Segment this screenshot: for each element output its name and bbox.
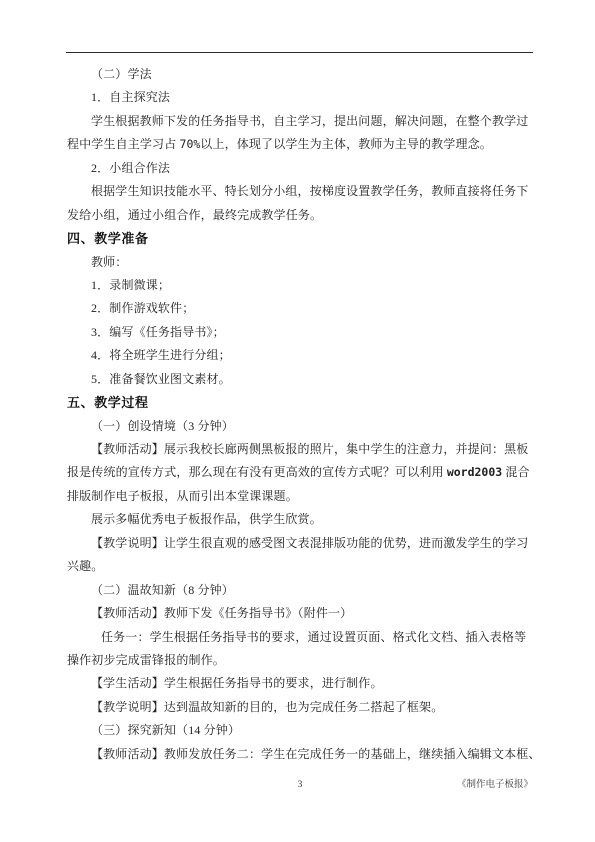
text-segment: 程中学生自主学习占 bbox=[67, 137, 180, 151]
text-segment: 混合 bbox=[502, 465, 529, 479]
text-line: 兴趣。 bbox=[67, 555, 529, 578]
list-item: 2．制作游戏软件； bbox=[67, 297, 529, 320]
inline-code: word2003 bbox=[447, 465, 502, 479]
list-item: 3．编写《任务指导书》； bbox=[67, 321, 529, 344]
text-line: 程中学生自主学习占 70%以上，体现了以学生为主体，教师为主导的教学理念。 bbox=[67, 133, 529, 156]
text-line: 【教师活动】展示我校长廊两侧黑板报的照片，集中学生的注意力，并提问：黑板 bbox=[67, 438, 529, 461]
document-body: （二）学法 1．自主探究法 学生根据教师下发的任务指导书，自主学习，提出问题，解… bbox=[67, 63, 529, 766]
text-line: （一）创设情境（3 分钟） bbox=[67, 415, 529, 438]
text-segment: 报是传统的宣传方式，那么现在有没有更高效的宣传方式呢？可以利用 bbox=[67, 465, 447, 479]
page-footer: 3 《制作电子板报》 bbox=[67, 778, 533, 793]
text-line: 操作初步完成雷锋报的制作。 bbox=[67, 649, 529, 672]
text-line: 排版制作电子板报，从而引出本堂课课题。 bbox=[67, 485, 529, 508]
text-line: 2．小组合作法 bbox=[67, 157, 529, 180]
text-line: （二）学法 bbox=[67, 63, 529, 86]
text-line: 发给小组，通过小组合作，最终完成教学任务。 bbox=[67, 204, 529, 227]
list-item: 5．准备餐饮业图文素材。 bbox=[67, 368, 529, 391]
header-rule bbox=[66, 52, 533, 53]
text-segment: 以上，体现了以学生为主体，教师为主导的教学理念。 bbox=[200, 137, 492, 151]
text-line: 任务一：学生根据任务指导书的要求，通过设置页面、格式化文档、插入表格等 bbox=[67, 626, 529, 649]
inline-number: 70% bbox=[180, 137, 201, 151]
text-line: 报是传统的宣传方式，那么现在有没有更高效的宣传方式呢？可以利用 word2003… bbox=[67, 461, 529, 484]
text-line: 1．自主探究法 bbox=[67, 86, 529, 109]
text-line: 根据学生知识技能水平、特长划分小组，按梯度设置教学任务，教师直接将任务下 bbox=[67, 180, 529, 203]
text-line: 学生根据教师下发的任务指导书，自主学习，提出问题，解决问题，在整个教学过 bbox=[67, 110, 529, 133]
list-item: 4．将全班学生进行分组； bbox=[67, 344, 529, 367]
section-heading: 五、教学过程 bbox=[67, 391, 529, 414]
text-line: 【教师活动】教师下发《任务指导书》（附件一） bbox=[67, 602, 529, 625]
footer-doc-title: 《制作电子板报》 bbox=[457, 778, 533, 793]
text-line: （三）探究新知（14 分钟） bbox=[67, 719, 529, 742]
text-line: 教师： bbox=[67, 251, 529, 274]
text-line: 展示多幅优秀电子板报作品，供学生欣赏。 bbox=[67, 508, 529, 531]
list-item: 1．录制微课； bbox=[67, 274, 529, 297]
text-line: 【教学说明】让学生很直观的感受图文表混排版功能的优势，进而激发学生的学习 bbox=[67, 532, 529, 555]
text-line: 【学生活动】学生根据任务指导书的要求，进行制作。 bbox=[67, 672, 529, 695]
text-line: 【教学说明】达到温故知新的目的，也为完成任务二搭起了框架。 bbox=[67, 696, 529, 719]
text-line: （二）温故知新（8 分钟） bbox=[67, 579, 529, 602]
section-heading: 四、教学准备 bbox=[67, 227, 529, 250]
document-page: （二）学法 1．自主探究法 学生根据教师下发的任务指导书，自主学习，提出问题，解… bbox=[0, 0, 595, 842]
text-line: 【教师活动】教师发放任务二：学生在完成任务一的基础上，继续插入编辑文本框、 bbox=[67, 743, 529, 766]
